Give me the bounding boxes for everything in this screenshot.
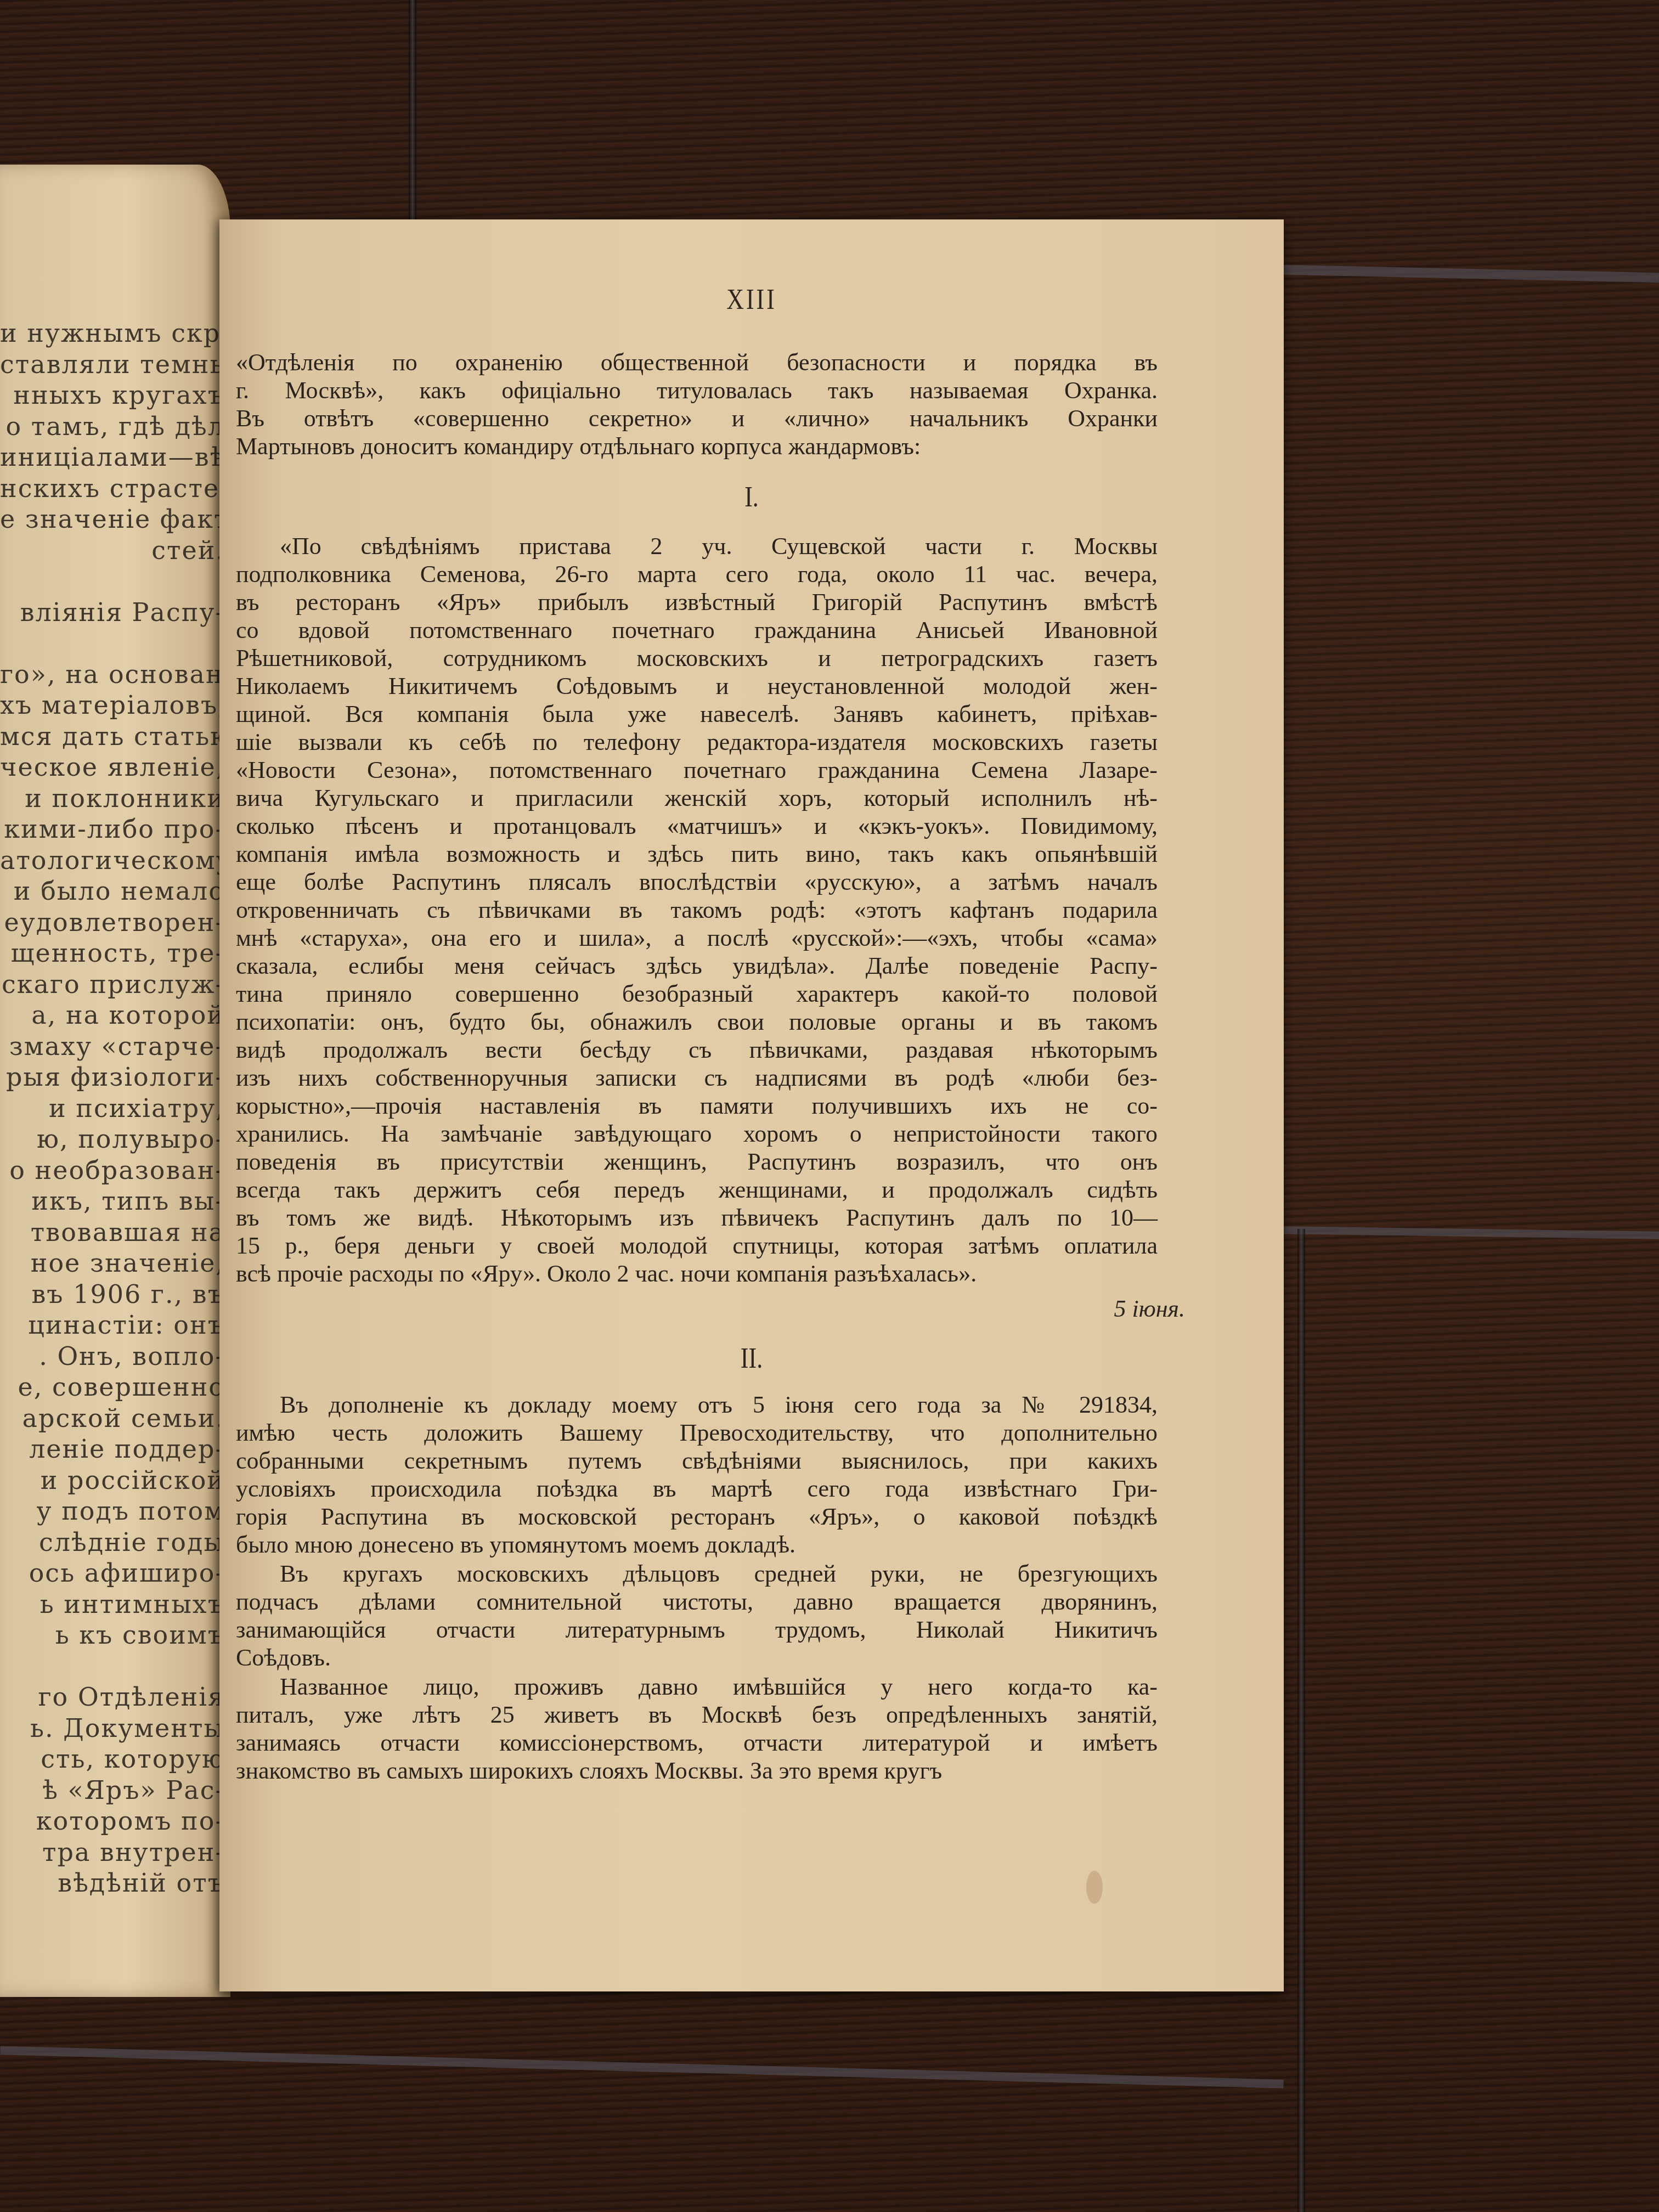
left-page-text-fragment: арской семьи.: [0, 1403, 225, 1433]
section-1-body: «По свѣдѣніямъ пристава 2 уч. Сущевской …: [236, 532, 1158, 1288]
text-line: занимаясь отчасти комиссіонерствомъ, отч…: [236, 1729, 1158, 1757]
text-line: условіяхъ происходила поѣздка въ мартѣ с…: [236, 1475, 1158, 1503]
left-page-text-fragment: о тамъ, гдѣ дѣл: [0, 411, 225, 441]
text-line: психопатіи: онъ, будто бы, обнажилъ свои…: [236, 1008, 1158, 1036]
text-line: щиной. Вся компанія была уже навеселѣ. З…: [236, 700, 1158, 728]
text-line: сколько пѣсенъ и протанцовалъ «матчишъ» …: [236, 812, 1158, 840]
left-page-text-fragment: е значеніе факта: [0, 504, 225, 534]
text-line: сказала, еслибы меня сейчасъ здѣсь увидѣ…: [236, 952, 1158, 980]
text-line: 15 р., беря деньги у своей молодой спутн…: [236, 1232, 1158, 1260]
text-line: Въ кругахъ московскихъ дѣльцовъ средней …: [236, 1560, 1158, 1588]
text-line: Соѣдовъ.: [236, 1644, 1158, 1672]
section-numeral-1: I.: [219, 480, 1284, 513]
text-line: въ томъ же видѣ. Нѣкоторымъ изъ пѣвичекъ…: [236, 1204, 1158, 1232]
left-page-text-fragment: скаго прислуж-: [0, 969, 225, 999]
left-page-text-fragment: рыя физіологи-: [0, 1062, 225, 1092]
left-page-text-fragment: у подъ потом: [0, 1496, 225, 1526]
text-line: шіе вызвали къ себѣ по телефону редактор…: [236, 728, 1158, 756]
text-line: «Новости Сезона», потомственнаго почетна…: [236, 756, 1158, 784]
report-date: 5 іюня.: [1114, 1295, 1185, 1323]
text-line: Названное лицо, проживъ давно имѣвшійся …: [236, 1673, 1158, 1701]
left-page-text-fragment: вѣдѣній отъ: [0, 1868, 225, 1898]
text-line: всѣ прочіе расходы по «Яру». Около 2 час…: [236, 1260, 1158, 1288]
text-line: со вдовой потомственнаго почетнаго гражд…: [236, 616, 1158, 644]
left-page-text-fragment: иниціалами—вѣд: [0, 442, 225, 472]
text-line: Мартыновъ доноситъ командиру отдѣльнаго …: [236, 432, 1158, 460]
text-line: хранились. На замѣчаніе завѣдующаго хоро…: [236, 1120, 1158, 1148]
left-page-text-fragment: твовавшая на: [0, 1217, 225, 1247]
text-line: «Отдѣленія по охраненію общественной без…: [236, 348, 1158, 376]
text-line: подчасъ дѣлами сомнительной чистоты, дав…: [236, 1588, 1158, 1616]
text-line: всегда такъ держитъ себя передъ женщинам…: [236, 1176, 1158, 1204]
left-page-text-fragment: и нужнымъ скры: [0, 318, 225, 348]
floor-plank-seam: [1284, 265, 1659, 283]
left-page-text-fragment: и россійской: [0, 1465, 225, 1495]
text-line: видѣ продолжалъ вести бесѣду съ пѣвичкам…: [236, 1036, 1158, 1064]
text-line: откровенничать съ пѣвичками въ такомъ ро…: [236, 896, 1158, 924]
text-line: Николаемъ Никитичемъ Соѣдовымъ и неустан…: [236, 672, 1158, 700]
left-page-text-fragment: вліянія Распу-: [0, 597, 225, 627]
text-line: было мною донесено въ упомянутомъ моемъ …: [236, 1531, 1158, 1559]
text-line: еще болѣе Распутинъ плясалъ впослѣдствіи…: [236, 868, 1158, 896]
text-line: «По свѣдѣніямъ пристава 2 уч. Сущевской …: [236, 532, 1158, 560]
text-line: Рѣшетниковой, сотрудникомъ московскихъ и…: [236, 644, 1158, 672]
right-page: XIII «Отдѣленія по охраненію общественно…: [219, 219, 1284, 1991]
left-page-text-fragment: леніе поддер-: [0, 1434, 225, 1464]
text-line: мнѣ «старуха», она его и шила», а послѣ …: [236, 924, 1158, 952]
text-line: тина приняло совершенно безобразный хара…: [236, 980, 1158, 1008]
left-page-text-fragment: и было немало: [0, 876, 225, 906]
text-line: компанія имѣла возможность и здѣсь пить …: [236, 840, 1158, 868]
left-page-text-fragment: . Онъ, вопло-: [0, 1341, 225, 1371]
text-line: питалъ, уже лѣтъ 25 живетъ въ Москвѣ без…: [236, 1701, 1158, 1729]
intro-paragraph: «Отдѣленія по охраненію общественной без…: [236, 348, 1158, 460]
floor-plank-seam: [409, 0, 416, 219]
left-page-text-fragment: и психіатру,: [0, 1093, 225, 1123]
floor-plank-seam: [0, 2046, 1284, 2088]
left-page-text-fragment: ю, полувыро-: [0, 1124, 225, 1154]
left-page-text-fragment: ное значеніе,: [0, 1248, 225, 1278]
floor-plank-seam: [1284, 1226, 1659, 1239]
text-line: занимающійся отчасти литературнымъ трудо…: [236, 1616, 1158, 1644]
text-line: знакомство въ самыхъ широкихъ слояхъ Мос…: [236, 1757, 1158, 1785]
left-page-text-fragment: ѣ «Яръ» Рас-: [0, 1775, 225, 1805]
text-line: поведенія въ присутствіи женщинъ, Распут…: [236, 1148, 1158, 1176]
left-page-text-fragment: кими-либо про-: [0, 814, 225, 844]
left-page-text-fragment: го», на основані: [0, 659, 225, 689]
left-page-text-fragment: го Отдѣленія: [0, 1682, 225, 1712]
left-page-text-fragment: нныхъ кругахъ: [0, 380, 225, 410]
text-line: Въ дополненіе къ докладу моему отъ 5 іюн…: [236, 1391, 1158, 1419]
left-page-text-fragment: и поклонники: [0, 783, 225, 813]
left-page-text-fragment: мся дать статью: [0, 721, 225, 751]
left-page-text-fragment: атологическому: [0, 845, 225, 875]
text-line: вича Кугульскаго и пригласили женскій хо…: [236, 784, 1158, 812]
left-page-text-fragment: стей.: [0, 535, 225, 565]
text-line: горія Распутина въ московской ресторанъ …: [236, 1503, 1158, 1531]
left-page-text-fragment: нскихъ страстей: [0, 473, 225, 503]
left-page-text-fragment: сть, которую: [0, 1744, 225, 1774]
left-page-text-fragment: хъ матеріаловъ,: [0, 690, 225, 720]
text-line: корыстно»,—прочія наставленія въ памяти …: [236, 1092, 1158, 1120]
left-page-text-fragment: икъ, типъ вы-: [0, 1186, 225, 1216]
left-page-text-fragment: ь интимныхъ: [0, 1589, 225, 1619]
left-page-text-fragment: ставляли темны: [0, 349, 225, 379]
text-line: изъ нихъ собственноручныя записки съ над…: [236, 1064, 1158, 1092]
left-page-text-fragment: ь. Документы: [0, 1713, 225, 1743]
left-page-text-fragment: ь къ своимъ: [0, 1620, 225, 1650]
left-page-text-fragment: еудовлетворен-: [0, 907, 225, 937]
text-line: г. Москвѣ», какъ офиціально титуловалась…: [236, 376, 1158, 404]
left-page-text-fragment: е, совершенно: [0, 1372, 225, 1402]
left-page-text-fragment: щенность, тре-: [0, 938, 225, 968]
section-numeral-2: II.: [219, 1341, 1284, 1375]
left-page-text-fragment: ось афиширо-: [0, 1558, 225, 1588]
left-page-text-fragment: въ 1906 г., въ: [0, 1279, 225, 1309]
left-page-text-fragment: ческое явленіе,: [0, 752, 225, 782]
left-page-text-fragment: слѣдніе годы: [0, 1527, 225, 1557]
left-page-text-fragment: тра внутрен-: [0, 1837, 225, 1867]
page-number: XIII: [219, 283, 1284, 316]
left-page-text-fragment: которомъ по-: [0, 1806, 225, 1836]
floor-plank-seam: [1297, 1229, 1305, 2212]
left-page-text-fragment: о необразован-: [0, 1155, 225, 1185]
left-page-text-fragment: змаху «старче-: [0, 1031, 225, 1061]
left-page-text-fragment: а, на которой: [0, 1000, 225, 1030]
text-line: собранными секретнымъ путемъ свѣдѣніями …: [236, 1447, 1158, 1475]
text-line: имѣю честь доложить Вашему Превосходител…: [236, 1419, 1158, 1447]
text-line: подполковника Семенова, 26-го марта сего…: [236, 560, 1158, 588]
left-page-text-fragment: цинастіи: онъ: [0, 1310, 225, 1340]
section-2-body: Въ дополненіе къ докладу моему отъ 5 іюн…: [236, 1391, 1158, 1785]
text-line: Въ отвѣтъ «совершенно секретно» и «лично…: [236, 404, 1158, 432]
text-line: въ ресторанъ «Яръ» прибылъ извѣстный Гри…: [236, 588, 1158, 616]
left-page: и нужнымъ скрыставляли темнынныхъ кругах…: [0, 165, 230, 1997]
paper-stain: [1086, 1871, 1103, 1904]
